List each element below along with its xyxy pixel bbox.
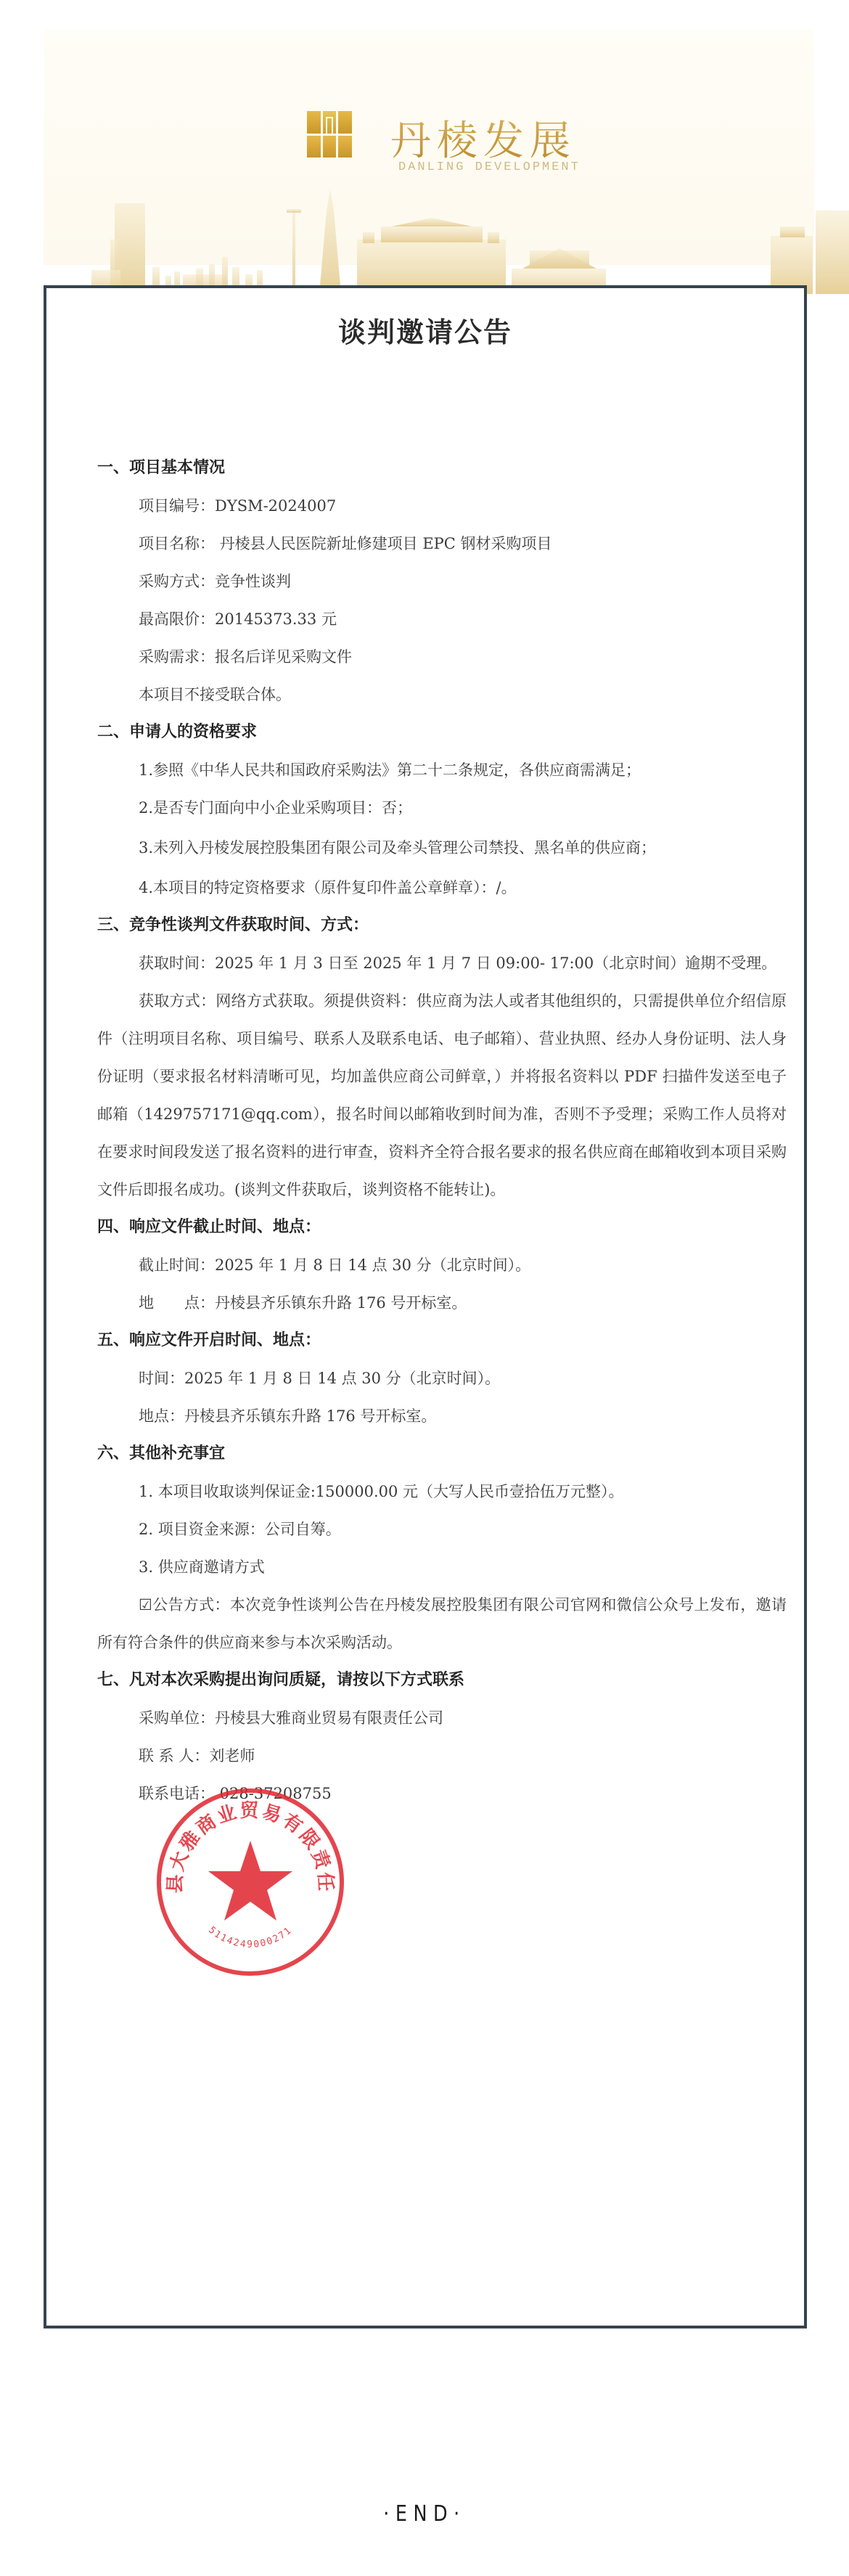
- end-marker: ·END·: [64, 2501, 786, 2527]
- opening-time: 时间：2025 年 1 月 8 日 14 点 30 分（北京时间）。: [97, 1359, 787, 1397]
- submission-place-value: 丹棱县齐乐镇东升路 176 号开标室。: [215, 1294, 467, 1312]
- section-heading-basic-info: 一、项目基本情况: [97, 449, 787, 487]
- section-heading-submission-deadline: 四、响应文件截止时间、地点：: [97, 1209, 787, 1246]
- submission-deadline: 截止时间：2025 年 1 月 8 日 14 点 30 分（北京时间）。: [97, 1246, 787, 1284]
- announcement-method-text: 公告方式：本次竞争性谈判公告在丹棱发展控股集团有限公司官网和微信公众号上发布，邀…: [97, 1596, 787, 1651]
- project-number: 项目编号：DYSM-2024007: [97, 487, 787, 525]
- submission-place: 地 点：丹棱县齐乐镇东升路 176 号开标室。: [97, 1284, 787, 1322]
- acquisition-time: 获取时间：2025 年 1 月 3 日至 2025 年 1 月 7 日 09:0…: [97, 944, 787, 982]
- qualification-item: 2.是否专门面向中小企业采购项目：否；: [97, 789, 787, 827]
- opening-place: 地点：丹棱县齐乐镇东升路 176 号开标室。: [97, 1397, 787, 1435]
- section-heading-contact: 七、凡对本次采购提出询问质疑，请按以下方式联系: [97, 1661, 787, 1699]
- acquisition-method: 获取方式：网络方式获取。须提供资料：供应商为法人或者其他组织的，只需提供单位介绍…: [97, 982, 787, 1209]
- city-skyline-illustration: [87, 181, 849, 294]
- contact-phone: 联系电话： 028-37208755: [97, 1775, 787, 1812]
- consortium-note: 本项目不接受联合体。: [97, 676, 787, 713]
- brand-logo-icon: [307, 111, 352, 158]
- procurement-method: 采购方式：竞争性谈判: [97, 563, 787, 600]
- other-item: 3. 供应商邀请方式: [97, 1548, 787, 1586]
- submission-place-label: 地 点：: [139, 1294, 215, 1312]
- section-heading-document-acquisition: 三、竞争性谈判文件获取时间、方式：: [97, 907, 787, 944]
- purchasing-unit: 采购单位：丹棱县大雅商业贸易有限责任公司: [97, 1699, 787, 1737]
- brand-name-en: DANLING DEVELOPMENT: [398, 160, 581, 174]
- contact-person: 联 系 人：刘老师: [97, 1737, 787, 1775]
- section-heading-opening: 五、响应文件开启时间、地点：: [97, 1322, 787, 1359]
- document-body: 一、项目基本情况 项目编号：DYSM-2024007 项目名称： 丹棱县人民医院…: [97, 449, 787, 1812]
- other-item: 2. 项目资金来源：公司自筹。: [97, 1510, 787, 1548]
- checkbox-checked-icon: ☑: [139, 1596, 152, 1614]
- document-title: 谈判邀请公告: [46, 310, 804, 350]
- section-heading-other-matters: 六、其他补充事宜: [97, 1435, 787, 1473]
- announcement-document: 谈判邀请公告 一、项目基本情况 项目编号：DYSM-2024007 项目名称： …: [44, 285, 807, 2328]
- section-heading-qualifications: 二、申请人的资格要求: [97, 713, 787, 751]
- project-name: 项目名称： 丹棱县人民医院新址修建项目 EPC 钢材采购项目: [97, 525, 787, 563]
- max-price: 最高限价：20145373.33 元: [97, 600, 787, 638]
- procurement-requirement: 采购需求：报名后详见采购文件: [97, 638, 787, 676]
- announcement-method: ☑公告方式：本次竞争性谈判公告在丹棱发展控股集团有限公司官网和微信公众号上发布，…: [97, 1586, 787, 1661]
- qualification-item: 1.参照《中华人民共和国政府采购法》第二十二条规定，各供应商需满足；: [97, 751, 787, 789]
- brand-name-cn: 丹棱发展: [390, 109, 576, 167]
- header-banner: 丹棱发展 DANLING DEVELOPMENT: [44, 29, 814, 265]
- other-item: 1. 本项目收取谈判保证金:150000.00 元（大写人民币壹拾伍万元整）。: [97, 1473, 787, 1510]
- qualification-item: 3.未列入丹棱发展控股集团有限公司及牵头管理公司禁投、黑名单的供应商；: [97, 827, 787, 869]
- qualification-item: 4.本项目的特定资格要求（原件复印件盖公章鲜章）：/。: [97, 869, 787, 907]
